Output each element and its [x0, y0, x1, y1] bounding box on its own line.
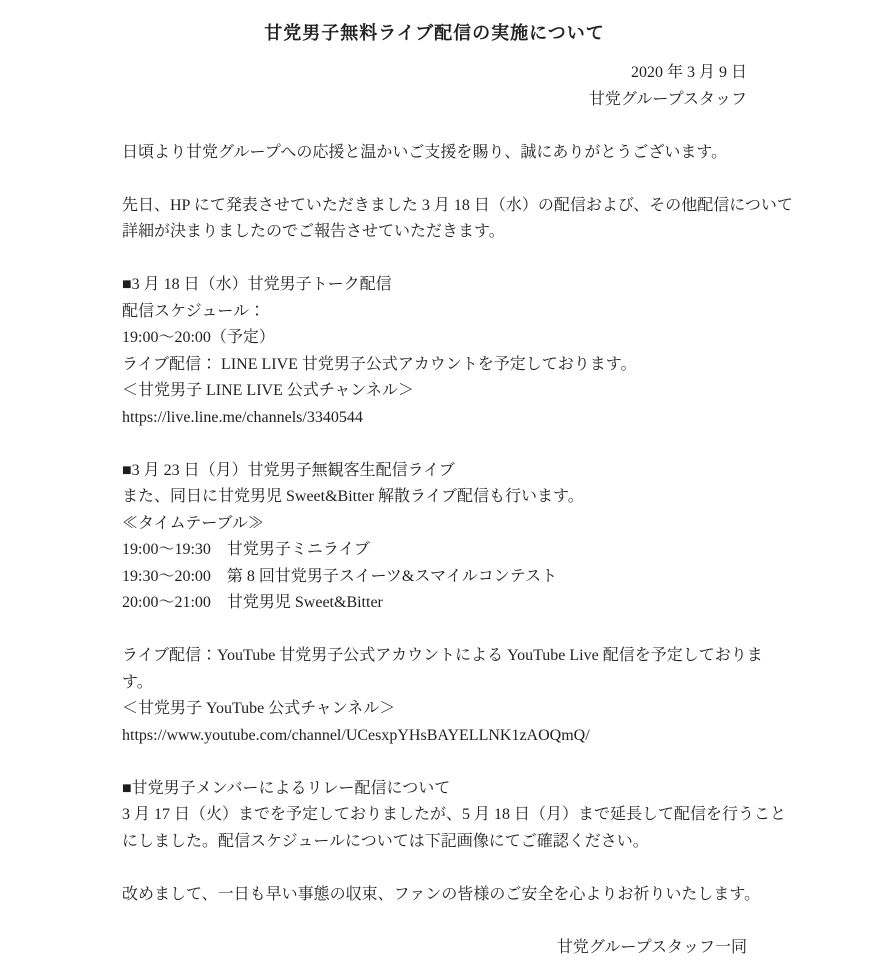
text-line: また、同日に甘党男児 Sweet&Bitter 解散ライブ配信も行います。: [122, 484, 747, 511]
document-title: 甘党男子無料ライブ配信の実施について: [122, 20, 747, 46]
text-line: 3 月 17 日（火）までを予定しておりましたが、5 月 18 日（月）まで延長…: [122, 802, 747, 829]
no-audience-live-section: ■3 月 23 日（月）甘党男子無観客生配信ライブまた、同日に甘党男児 Swee…: [122, 458, 747, 617]
text-line: ライブ配信： LINE LIVE 甘党男子公式アカウントを予定しております。: [122, 352, 747, 379]
document-meta: 2020 年 3 月 9 日 甘党グループスタッフ: [122, 60, 747, 113]
relay-stream-section: ■甘党男子メンバーによるリレー配信について3 月 17 日（火）までを予定してお…: [122, 776, 747, 856]
text-line: 配信スケジュール：: [122, 299, 747, 326]
text-line: 詳細が決まりましたのでご報告させていただきます。: [122, 219, 747, 246]
document-content: 甘党男子無料ライブ配信の実施について 2020 年 3 月 9 日 甘党グループ…: [122, 20, 747, 961]
text-line: 日頃より甘党グループへの応援と温かいご支援を賜り、誠にありがとうございます。: [122, 140, 747, 167]
text-line: 先日、HP にて発表させていただきました 3 月 18 日（水）の配信および、そ…: [122, 193, 747, 220]
text-line: 20:00～21:00 甘党男児 Sweet&Bitter: [122, 590, 747, 617]
youtube-stream-paragraph: ライブ配信：YouTube 甘党男子公式アカウントによる YouTube Liv…: [122, 643, 747, 749]
document-page: 甘党男子無料ライブ配信の実施について 2020 年 3 月 9 日 甘党グループ…: [0, 0, 869, 977]
text-line: ＜甘党男子 YouTube 公式チャンネル＞: [122, 696, 747, 723]
greeting-paragraph: 日頃より甘党グループへの応援と温かいご支援を賜り、誠にありがとうございます。: [122, 140, 747, 167]
text-line: ライブ配信：YouTube 甘党男子公式アカウントによる YouTube Liv…: [122, 643, 747, 670]
text-line: ≪タイムテーブル≫: [122, 511, 747, 538]
url-text: https://www.youtube.com/channel/UCesxpYH…: [122, 723, 747, 750]
text-line: にしました。配信スケジュールについては下記画像にてご確認ください。: [122, 829, 747, 856]
signature: 甘党グループスタッフ一同: [122, 935, 747, 962]
section-heading: ■甘党男子メンバーによるリレー配信について: [122, 776, 747, 803]
talk-stream-section: ■3 月 18 日（水）甘党男子トーク配信配信スケジュール：19:00～20:0…: [122, 272, 747, 431]
section-heading: ■3 月 18 日（水）甘党男子トーク配信: [122, 272, 747, 299]
text-line: 19:00～19:30 甘党男子ミニライブ: [122, 537, 747, 564]
url-text: https://live.line.me/channels/3340544: [122, 405, 747, 432]
document-author: 甘党グループスタッフ: [122, 87, 747, 114]
text-line: す。: [122, 670, 747, 697]
intro-paragraph: 先日、HP にて発表させていただきました 3 月 18 日（水）の配信および、そ…: [122, 193, 747, 246]
text-line: 甘党グループスタッフ一同: [122, 935, 747, 962]
text-line: 19:00～20:00（予定）: [122, 325, 747, 352]
text-line: ＜甘党男子 LINE LIVE 公式チャンネル＞: [122, 378, 747, 405]
text-line: 改めまして、一日も早い事態の収束、ファンの皆様のご安全を心よりお祈りいたします。: [122, 882, 747, 909]
closing-paragraph: 改めまして、一日も早い事態の収束、ファンの皆様のご安全を心よりお祈りいたします。: [122, 882, 747, 909]
text-line: 19:30～20:00 第 8 回甘党男子スイーツ&スマイルコンテスト: [122, 564, 747, 591]
section-heading: ■3 月 23 日（月）甘党男子無観客生配信ライブ: [122, 458, 747, 485]
document-body: 日頃より甘党グループへの応援と温かいご支援を賜り、誠にありがとうございます。先日…: [122, 140, 747, 962]
document-date: 2020 年 3 月 9 日: [122, 60, 747, 87]
